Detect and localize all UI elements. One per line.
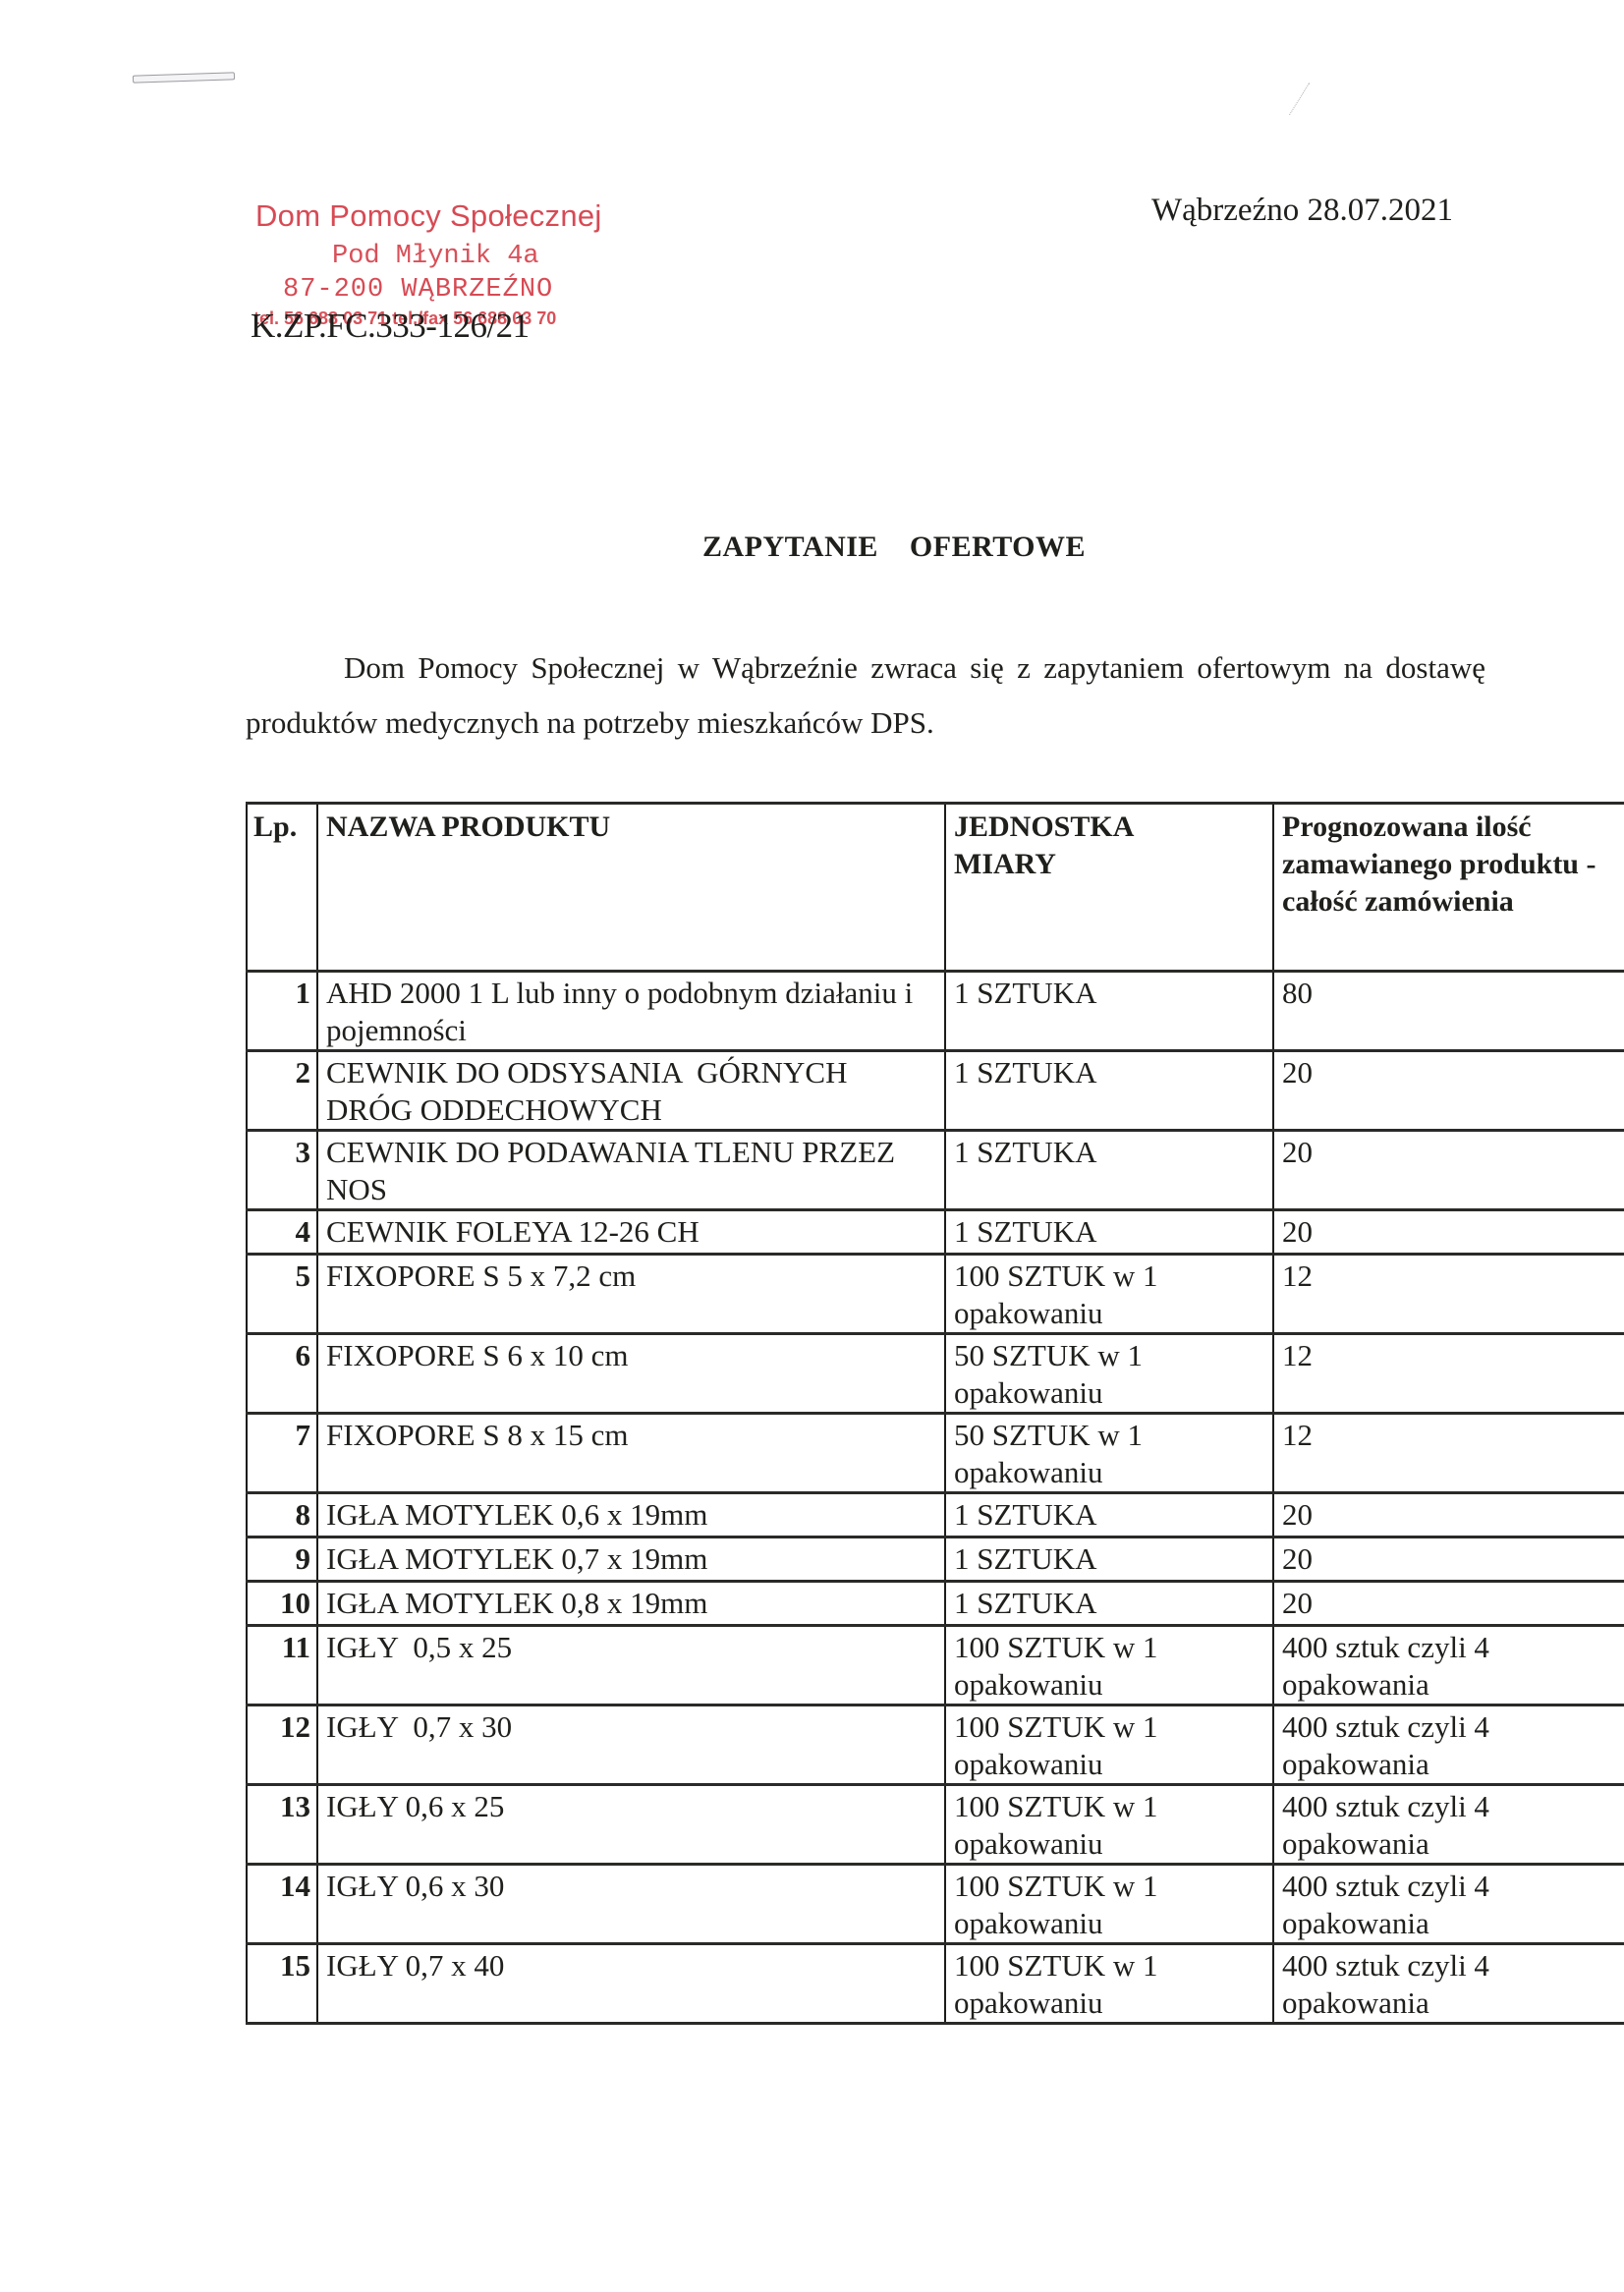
cell-unit-line1: 100 SZTUK w 1 — [954, 1629, 1264, 1666]
column-header-quantity-line1: Prognozowana ilość — [1282, 809, 1624, 846]
cell-quantity-line2: opakowania — [1282, 1985, 1624, 2022]
cell-quantity-line2: opakowania — [1282, 1746, 1624, 1783]
cell-product-name: IGŁA MOTYLEK 0,6 x 19mm — [317, 1493, 945, 1537]
cell-unit: 100 SZTUK w 1 opakowaniu — [945, 1865, 1273, 1944]
cell-unit-line2: opakowaniu — [954, 1985, 1264, 2022]
cell-quantity-line1: 400 sztuk czyli 4 — [1282, 1868, 1624, 1905]
place-and-date: Wąbrzeźno 28.07.2021 — [1151, 193, 1453, 229]
cell-quantity-line1: 400 sztuk czyli 4 — [1282, 1629, 1624, 1666]
cell-quantity-line2: opakowania — [1282, 1905, 1624, 1942]
cell-unit: 100 SZTUK w 1 opakowaniu — [945, 1626, 1273, 1705]
cell-quantity: 80 — [1273, 972, 1624, 1051]
cell-product-name: FIXOPORE S 8 x 15 cm — [317, 1414, 945, 1493]
cell-lp: 8 — [247, 1493, 317, 1537]
table-row: 15 IGŁY 0,7 x 40 100 SZTUK w 1 opakowani… — [247, 1944, 1624, 2024]
table-row: 9 IGŁA MOTYLEK 0,7 x 19mm 1 SZTUKA 20 — [247, 1537, 1624, 1582]
cell-lp: 13 — [247, 1785, 317, 1865]
cell-quantity: 20 — [1273, 1582, 1624, 1626]
column-header-unit-line1: JEDNOSTKA — [954, 809, 1264, 846]
cell-quantity-line2: opakowania — [1282, 1666, 1624, 1704]
cell-unit: 100 SZTUK w 1 opakowaniu — [945, 1705, 1273, 1785]
cell-product-name: FIXOPORE S 5 x 7,2 cm — [317, 1255, 945, 1334]
cell-quantity: 400 sztuk czyli 4 opakowania — [1273, 1626, 1624, 1705]
column-header-lp: Lp. — [247, 804, 317, 972]
cell-unit-line2: opakowaniu — [954, 1666, 1264, 1704]
stamp-city: 87-200 WĄBRZEŹNO — [283, 275, 553, 305]
cell-quantity-line2: opakowania — [1282, 1825, 1624, 1863]
table-row: 3 CEWNIK DO PODAWANIA TLENU PRZEZ NOS 1 … — [247, 1131, 1624, 1210]
cell-lp: 1 — [247, 972, 317, 1051]
stamp-street: Pod Młynik 4a — [332, 242, 539, 271]
cell-lp: 9 — [247, 1537, 317, 1582]
cell-product-name: CEWNIK DO PODAWANIA TLENU PRZEZ NOS — [317, 1131, 945, 1210]
cell-product-name: IGŁA MOTYLEK 0,8 x 19mm — [317, 1582, 945, 1626]
cell-unit: 1 SZTUKA — [945, 972, 1273, 1051]
table-row: 4 CEWNIK FOLEYA 12-26 CH 1 SZTUKA 20 — [247, 1210, 1624, 1255]
cell-quantity-line1: 400 sztuk czyli 4 — [1282, 1947, 1624, 1985]
cell-unit-line1: 100 SZTUK w 1 — [954, 1868, 1264, 1905]
cell-quantity-line1: 400 sztuk czyli 4 — [1282, 1708, 1624, 1746]
cell-lp: 11 — [247, 1626, 317, 1705]
cell-quantity: 20 — [1273, 1051, 1624, 1131]
column-header-quantity-line2: zamawianego produktu - — [1282, 846, 1624, 883]
cell-quantity: 20 — [1273, 1493, 1624, 1537]
column-header-quantity: Prognozowana ilość zamawianego produktu … — [1273, 804, 1624, 972]
cell-unit-line2: opakowaniu — [954, 1825, 1264, 1863]
cell-unit: 1 SZTUKA — [945, 1131, 1273, 1210]
cell-product-name: IGŁA MOTYLEK 0,7 x 19mm — [317, 1537, 945, 1582]
cell-unit: 100 SZTUK w 1 opakowaniu — [945, 1785, 1273, 1865]
cell-quantity: 400 sztuk czyli 4 opakowania — [1273, 1944, 1624, 2024]
table-row: 1 AHD 2000 1 L lub inny o podobnym dział… — [247, 972, 1624, 1051]
cell-unit: 1 SZTUKA — [945, 1537, 1273, 1582]
cell-lp: 15 — [247, 1944, 317, 2024]
reference-number: K.ZP.FC.333-126/21 — [251, 307, 530, 346]
cell-unit-line1: 100 SZTUK w 1 — [954, 1708, 1264, 1746]
cell-unit: 100 SZTUK w 1 opakowaniu — [945, 1255, 1273, 1334]
pen-mark — [133, 72, 235, 83]
cell-product-name: AHD 2000 1 L lub inny o podobnym działan… — [317, 972, 945, 1051]
cell-product-name: CEWNIK DO ODSYSANIA GÓRNYCH DRÓG ODDECHO… — [317, 1051, 945, 1131]
table-row: 12 IGŁY 0,7 x 30 100 SZTUK w 1 opakowani… — [247, 1705, 1624, 1785]
table-row: 13 IGŁY 0,6 x 25 100 SZTUK w 1 opakowani… — [247, 1785, 1624, 1865]
column-header-quantity-line3: całość zamówienia — [1282, 883, 1624, 921]
cell-unit: 1 SZTUKA — [945, 1582, 1273, 1626]
table-row: 14 IGŁY 0,6 x 30 100 SZTUK w 1 opakowani… — [247, 1865, 1624, 1944]
table-header-row: Lp. NAZWA PRODUKTU JEDNOSTKA MIARY Progn… — [247, 804, 1624, 972]
cell-quantity-line1: 400 sztuk czyli 4 — [1282, 1788, 1624, 1825]
table-row: 8 IGŁA MOTYLEK 0,6 x 19mm 1 SZTUKA 20 — [247, 1493, 1624, 1537]
cell-unit-line2: opakowaniu — [954, 1746, 1264, 1783]
cell-product-name: FIXOPORE S 6 x 10 cm — [317, 1334, 945, 1414]
cell-product-name: IGŁY 0,6 x 30 — [317, 1865, 945, 1944]
cell-unit: 1 SZTUKA — [945, 1493, 1273, 1537]
cell-quantity: 20 — [1273, 1537, 1624, 1582]
cell-product-name: IGŁY 0,7 x 40 — [317, 1944, 945, 2024]
cell-lp: 6 — [247, 1334, 317, 1414]
table-row: 10 IGŁA MOTYLEK 0,8 x 19mm 1 SZTUKA 20 — [247, 1582, 1624, 1626]
table-row: 7 FIXOPORE S 8 x 15 cm 50 SZTUK w 1 opak… — [247, 1414, 1624, 1493]
intro-paragraph: Dom Pomocy Społecznej w Wąbrzeźnie zwrac… — [246, 641, 1485, 751]
cell-unit: 1 SZTUKA — [945, 1051, 1273, 1131]
table-row: 2 CEWNIK DO ODSYSANIA GÓRNYCH DRÓG ODDEC… — [247, 1051, 1624, 1131]
cell-quantity: 12 — [1273, 1334, 1624, 1414]
cell-lp: 7 — [247, 1414, 317, 1493]
cell-lp: 4 — [247, 1210, 317, 1255]
cell-quantity: 12 — [1273, 1414, 1624, 1493]
cell-product-name: IGŁY 0,7 x 30 — [317, 1705, 945, 1785]
cell-lp: 2 — [247, 1051, 317, 1131]
pen-mark — [1289, 83, 1311, 115]
document-title: ZAPYTANIE OFERTOWE — [0, 531, 1624, 564]
cell-quantity: 400 sztuk czyli 4 opakowania — [1273, 1785, 1624, 1865]
cell-unit-line2: opakowaniu — [954, 1905, 1264, 1942]
cell-lp: 5 — [247, 1255, 317, 1334]
cell-quantity: 12 — [1273, 1255, 1624, 1334]
table-row: 6 FIXOPORE S 6 x 10 cm 50 SZTUK w 1 opak… — [247, 1334, 1624, 1414]
cell-unit: 100 SZTUK w 1 opakowaniu — [945, 1944, 1273, 2024]
column-header-name: NAZWA PRODUKTU — [317, 804, 945, 972]
stamp-institution-name: Dom Pomocy Społecznej — [255, 198, 602, 234]
cell-quantity: 20 — [1273, 1210, 1624, 1255]
cell-product-name: IGŁY 0,6 x 25 — [317, 1785, 945, 1865]
cell-unit: 50 SZTUK w 1 opakowaniu — [945, 1414, 1273, 1493]
cell-lp: 12 — [247, 1705, 317, 1785]
products-table: Lp. NAZWA PRODUKTU JEDNOSTKA MIARY Progn… — [246, 802, 1624, 2025]
table-row: 11 IGŁY 0,5 x 25 100 SZTUK w 1 opakowani… — [247, 1626, 1624, 1705]
cell-product-name: CEWNIK FOLEYA 12-26 CH — [317, 1210, 945, 1255]
cell-unit: 50 SZTUK w 1 opakowaniu — [945, 1334, 1273, 1414]
cell-quantity: 20 — [1273, 1131, 1624, 1210]
cell-unit-line1: 100 SZTUK w 1 — [954, 1788, 1264, 1825]
cell-quantity: 400 sztuk czyli 4 opakowania — [1273, 1705, 1624, 1785]
cell-lp: 10 — [247, 1582, 317, 1626]
cell-product-name: IGŁY 0,5 x 25 — [317, 1626, 945, 1705]
cell-quantity: 400 sztuk czyli 4 opakowania — [1273, 1865, 1624, 1944]
cell-lp: 3 — [247, 1131, 317, 1210]
cell-unit-line1: 100 SZTUK w 1 — [954, 1947, 1264, 1985]
column-header-unit: JEDNOSTKA MIARY — [945, 804, 1273, 972]
cell-unit: 1 SZTUKA — [945, 1210, 1273, 1255]
column-header-unit-line2: MIARY — [954, 846, 1264, 883]
table-row: 5 FIXOPORE S 5 x 7,2 cm 100 SZTUK w 1 op… — [247, 1255, 1624, 1334]
cell-lp: 14 — [247, 1865, 317, 1944]
